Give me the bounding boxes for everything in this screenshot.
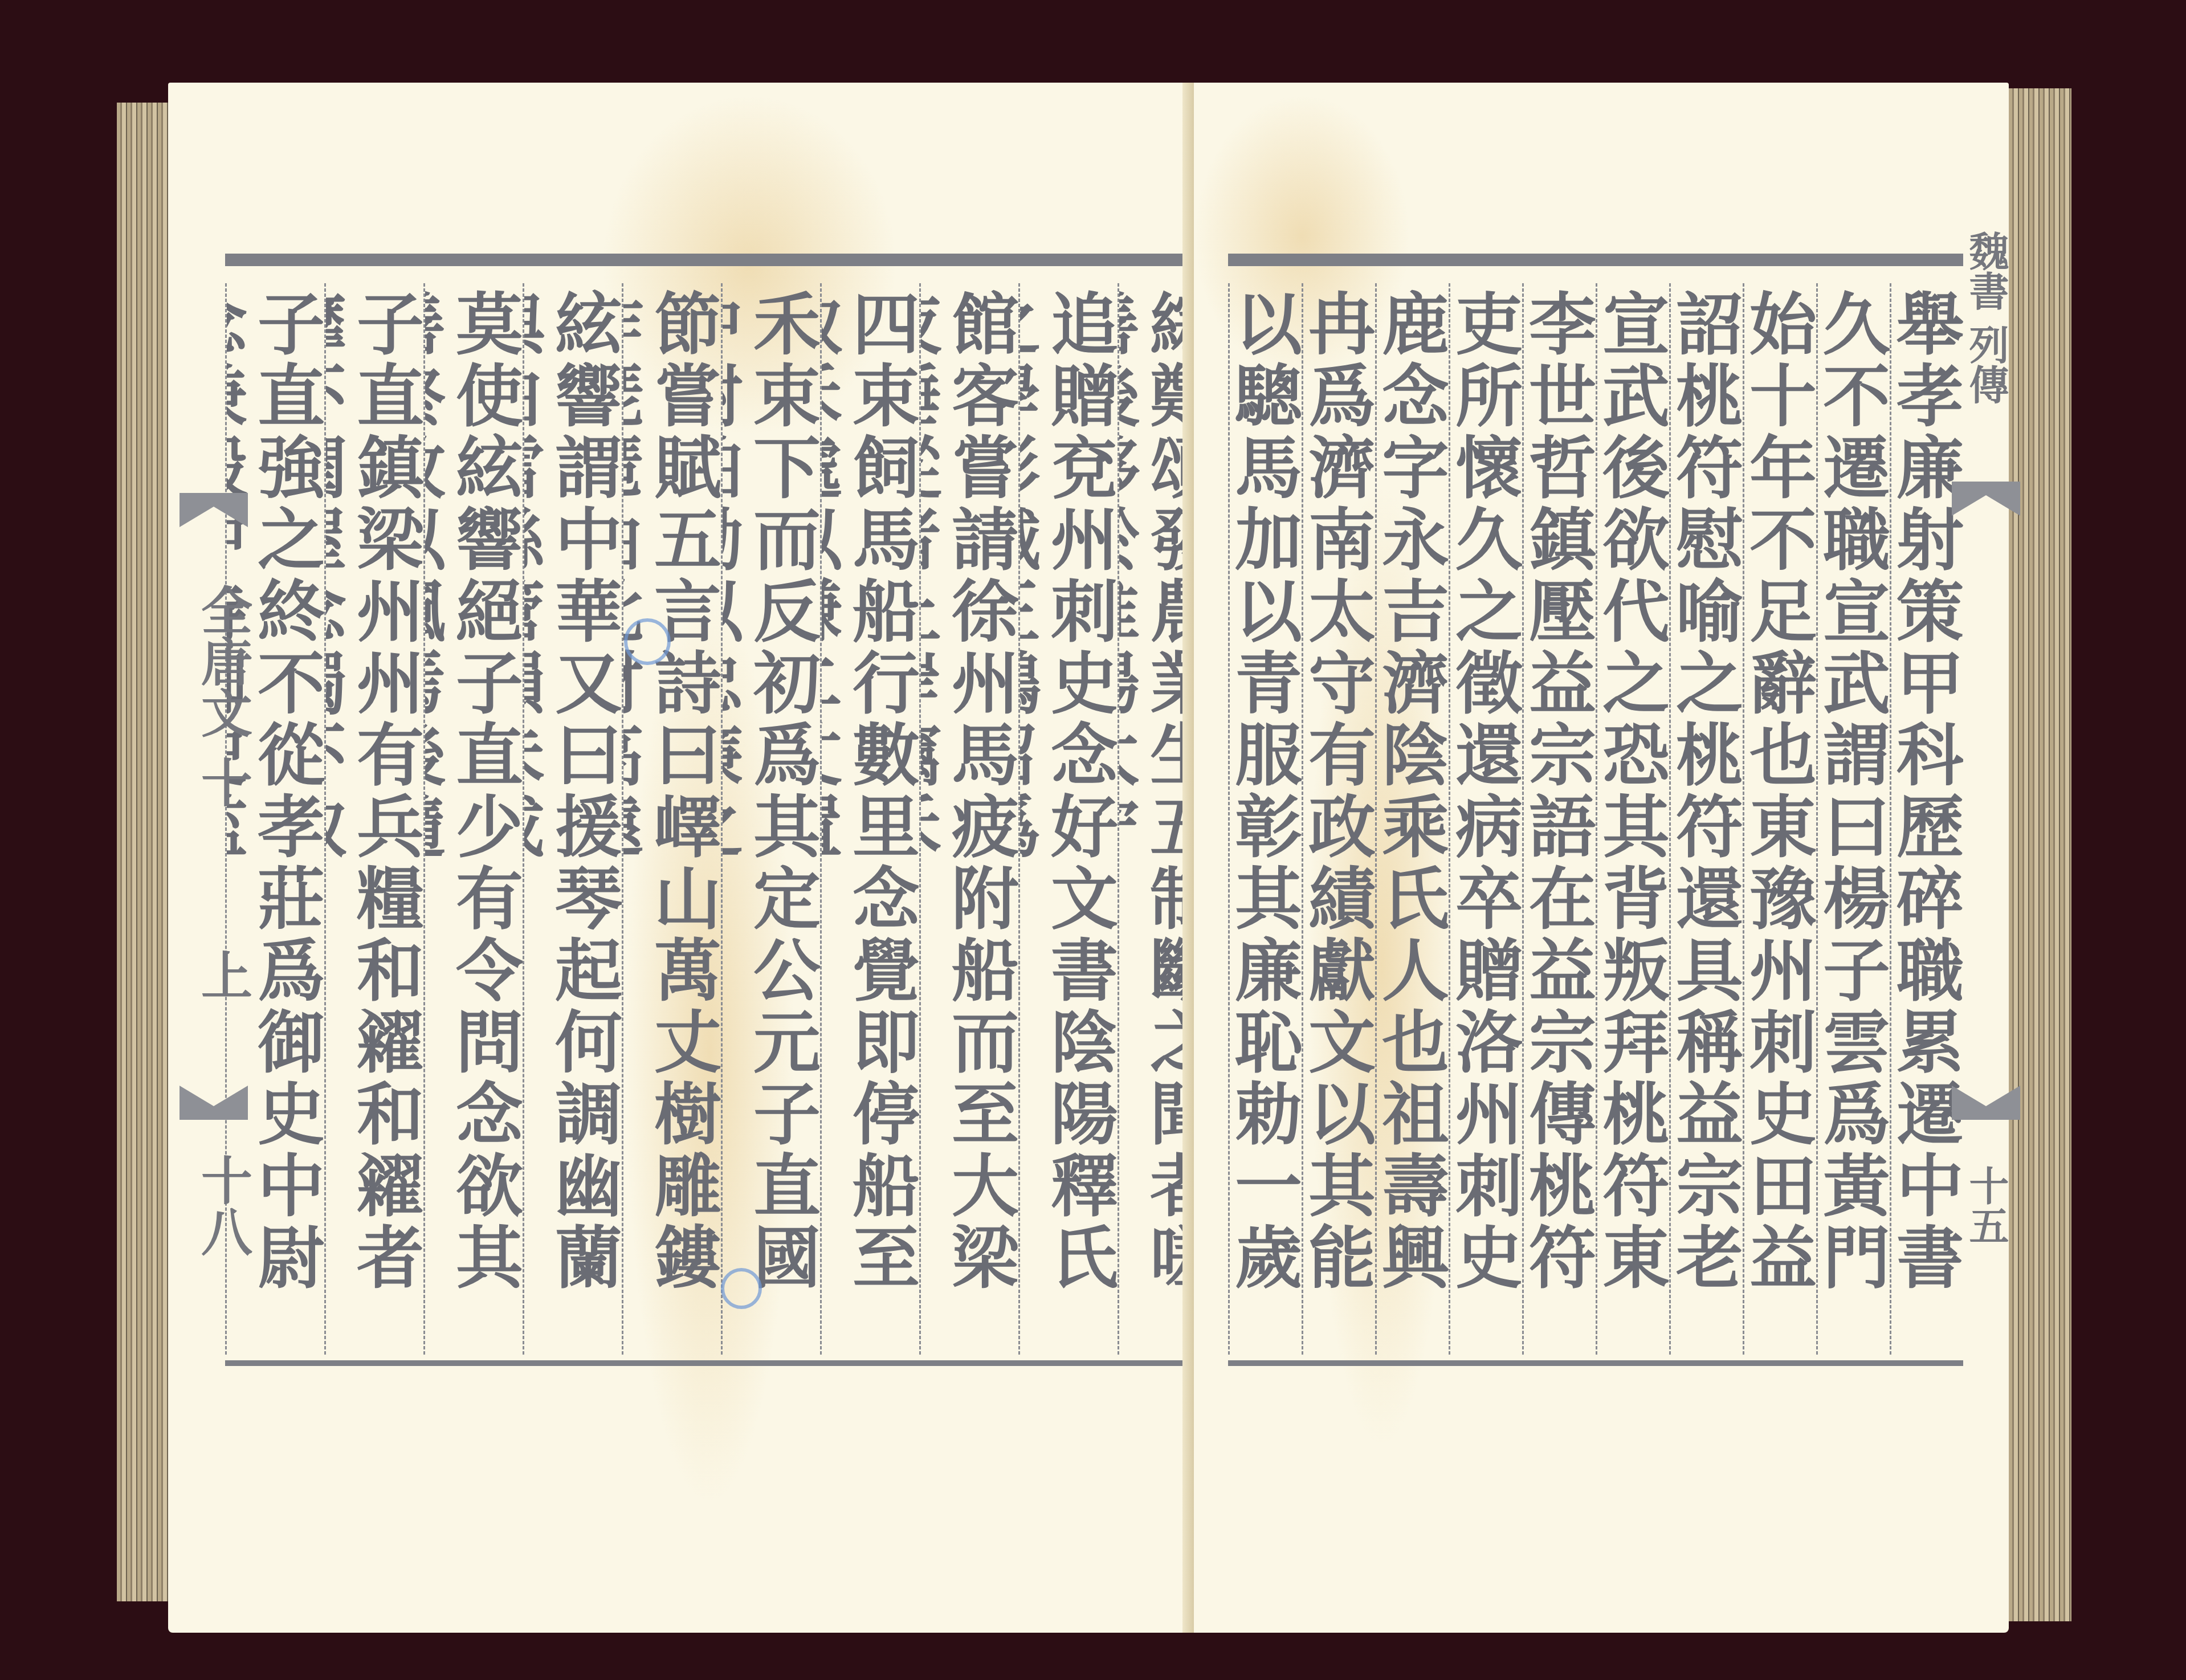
text-column: 禾束下而反初爲其定公元子直國中尉怕勸以忠廉之 xyxy=(721,283,820,1355)
text-column: 李世哲鎮壓益宗語在益宗傳桃符善撫綏左爲人 xyxy=(1522,283,1596,1355)
text-column: 宣武後欲代之恐其背叛拜桃符東豫州刺史與後將軍 xyxy=(1596,283,1669,1355)
folio-number: 十五 xyxy=(1957,1165,2015,1245)
left-page-edges xyxy=(117,103,171,1601)
text-column: 吏所懷久之徵還病卒贈洛州刺史 xyxy=(1449,283,1522,1355)
blue-annotation-circle xyxy=(624,618,671,665)
text-column: 冉爲濟南太守有政績獻文以其能特徵赴季秋馬射賜 xyxy=(1302,283,1375,1355)
left-page-frame: 綜鄭頌發農業生五制斷之聞者嗟善後移於淮陽太守 追贈兗州刺史念好文書陰陽釋氏之學彭… xyxy=(225,254,1217,1366)
text-column: 四束飼馬船行數里念覺即停船至取禾處以縑二丈置 xyxy=(820,283,919,1355)
text-column: 追贈兗州刺史念好文書陰陽釋氏之學彭城王鸛召爲 xyxy=(1018,283,1118,1355)
margin-title: 魏書 列傳 xyxy=(1957,231,2015,404)
open-book: 綜鄭頌發農業生五制斷之聞者嗟善後移於淮陽太守 追贈兗州刺史念好文書陰陽釋氏之學彭… xyxy=(117,83,2071,1644)
text-column: 館客嘗請徐州馬疲附船而至大梁夜睡從者上岸竊禾 xyxy=(919,283,1018,1355)
text-column: 詔桃符慰喻之桃符還具稱益宗老耄而諸子非理處物 xyxy=(1669,283,1743,1355)
left-text-columns: 綜鄭頌發農業生五制斷之聞者嗟善後移於淮陽太守 追贈兗州刺史念好文書陰陽釋氏之學彭… xyxy=(225,283,1217,1355)
right-page: 舉孝廉射策甲科歷碎職累遷中書舍人以勤明見知 久不遷職宣武謂曰楊子雲爲黃門頓歷三世… xyxy=(1194,83,2009,1633)
margin-volume: 上 xyxy=(185,949,259,1000)
right-text-columns: 舉孝廉射策甲科歷碎職累遷中書舍人以勤明見知 久不遷職宣武謂曰楊子雲爲黃門頓歷三世… xyxy=(1228,283,1963,1355)
text-column: 舉孝廉射策甲科歷碎職累遷中書舍人以勤明見知 xyxy=(1890,283,1963,1355)
text-column: 節嘗賦五言詩曰嶧山萬丈樹雕鏤作琵琶由此材高遠 xyxy=(622,283,721,1355)
text-column: 始十年不足辭也東豫州刺史田益宗居邊貪穢宣武頻 xyxy=(1743,283,1816,1355)
right-page-frame: 舉孝廉射策甲科歷碎職累遷中書舍人以勤明見知 久不遷職宣武謂曰楊子雲爲黃門頓歷三世… xyxy=(1228,254,1963,1366)
right-page-edges xyxy=(2009,88,2071,1621)
text-column: 以驄馬加以青服彰其廉恥勅一歲治附人懷荷且蒲博 xyxy=(1228,283,1302,1355)
folio-number: 十八 xyxy=(185,1154,259,1257)
text-column: 久不遷職宣武謂曰楊子雲爲黃門頓歷三世卿居此任 xyxy=(1816,283,1890,1355)
blue-annotation-circle xyxy=(721,1268,762,1309)
text-column: 子直鎮梁州州有兵糧和糴和糴者靡不潤屋念獨不取 xyxy=(324,283,423,1355)
left-page: 綜鄭頌發農業生五制斷之聞者嗟善後移於淮陽太守 追贈兗州刺史念好文書陰陽釋氏之學彭… xyxy=(168,83,1194,1633)
text-column: 絃響謂中華又曰援琴起何調幽蘭與白雪絲管韻未成 xyxy=(523,283,622,1355)
text-column: 莫使絃響絕子直少有令問念欲其善終故以諷焉後隨 xyxy=(423,283,523,1355)
margin-title: 全唐文 十 xyxy=(185,584,259,807)
text-column: 鹿念字永吉濟陰乘氏人也祖壽興沮渠氏庫部郎父生 xyxy=(1375,283,1449,1355)
